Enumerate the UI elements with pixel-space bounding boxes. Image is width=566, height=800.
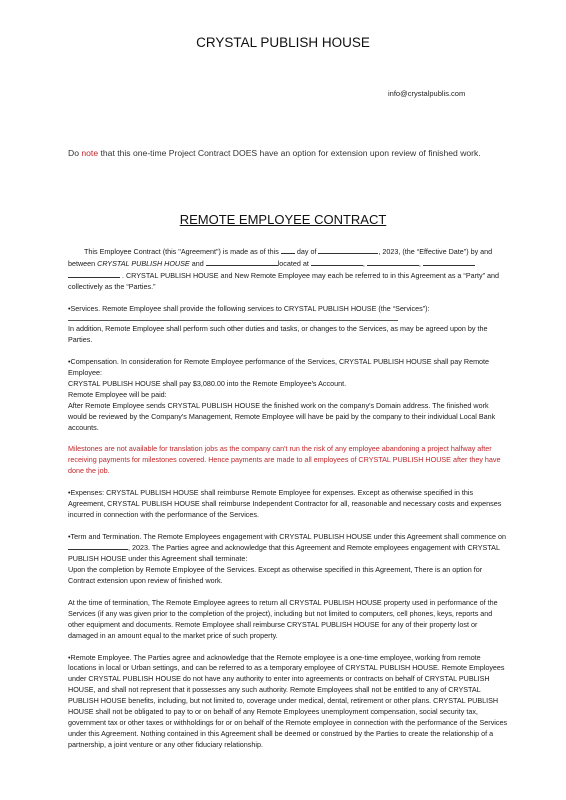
address-blank-1 — [311, 258, 363, 266]
contract-title: REMOTE EMPLOYEE CONTRACT — [0, 212, 566, 227]
company-name-heading: CRYSTAL PUBLISH HOUSE — [0, 35, 566, 50]
term-section: •Term and Termination. The Remote Employ… — [68, 532, 508, 588]
term-text: , 2023. The Parties agree and acknowledg… — [68, 543, 500, 563]
company-name-italic: CRYSTAL PUBLISH HOUSE — [97, 259, 190, 268]
milestones-warning: Milestones are not available for transla… — [68, 444, 508, 477]
intro-text: located at — [278, 259, 311, 268]
services-addition: In addition, Remote Employee shall perfo… — [68, 324, 488, 344]
month-blank — [318, 246, 378, 254]
compensation-heading: •Compensation. In consideration for Remo… — [68, 357, 489, 377]
term-completion: Upon the completion by Remote Employee o… — [68, 565, 482, 585]
intro-text: day of — [295, 247, 319, 256]
address-blank-2 — [367, 258, 419, 266]
commence-date-blank — [68, 542, 128, 550]
intro-text: This Employee Contract (this "Agreement"… — [84, 247, 281, 256]
employee-name-blank — [206, 258, 278, 266]
contact-email: info@crystalpublis.com — [388, 89, 465, 98]
document-page: CRYSTAL PUBLISH HOUSE info@crystalpublis… — [0, 0, 566, 800]
expenses-section: •Expenses: CRYSTAL PUBLISH HOUSE shall r… — [68, 488, 508, 521]
services-blank-line — [68, 314, 398, 321]
address-blank-3 — [423, 258, 475, 266]
address-blank-4 — [68, 270, 120, 278]
note-rest: that this one-time Project Contract DOES… — [98, 148, 481, 158]
remote-employee-section: •Remote Employee. The Parties agree and … — [68, 653, 508, 751]
compensation-paid-detail: After Remote Employee sends CRYSTAL PUBL… — [68, 401, 495, 432]
extension-note: Do note that this one-time Project Contr… — [68, 143, 488, 164]
compensation-paid-label: Remote Employee will be paid: — [68, 390, 167, 399]
contract-body: This Employee Contract (this "Agreement"… — [68, 246, 508, 762]
compensation-amount: CRYSTAL PUBLISH HOUSE shall pay $3,080.0… — [68, 379, 346, 388]
day-blank — [281, 246, 295, 254]
services-heading: •Services. Remote Employee shall provide… — [68, 304, 430, 313]
term-text: •Term and Termination. The Remote Employ… — [68, 532, 506, 541]
compensation-section: •Compensation. In consideration for Remo… — [68, 357, 508, 433]
intro-text: and — [190, 259, 206, 268]
note-highlight: note — [81, 148, 98, 158]
intro-paragraph: This Employee Contract (this "Agreement"… — [68, 246, 508, 293]
termination-property-section: At the time of termination, The Remote E… — [68, 598, 508, 642]
services-section: •Services. Remote Employee shall provide… — [68, 304, 508, 347]
intro-text: . CRYSTAL PUBLISH HOUSE and New Remote E… — [68, 271, 499, 291]
note-prefix: Do — [68, 148, 81, 158]
